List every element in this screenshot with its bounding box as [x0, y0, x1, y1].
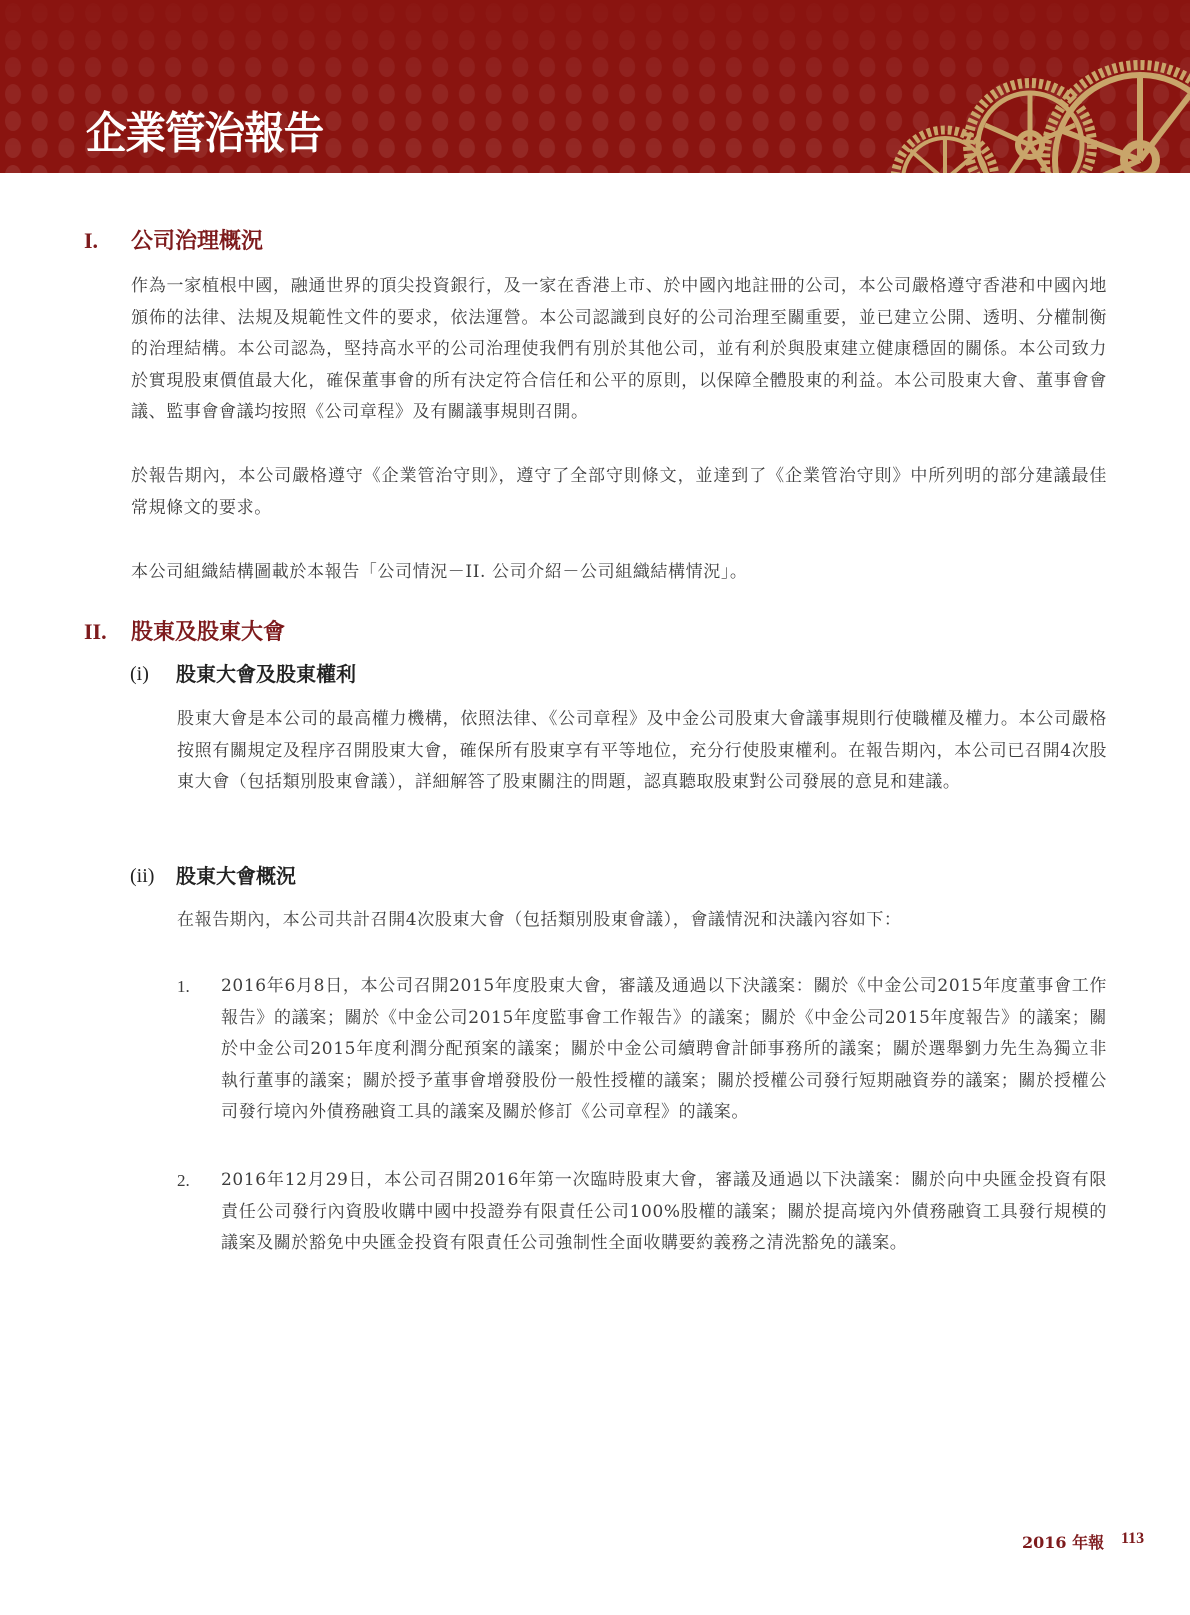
section-number: II.: [84, 617, 107, 647]
subsection-number: (i): [130, 660, 149, 688]
list-item-egm-2016: 2016年12月29日，本公司召開2016年第一次臨時股東大會，審議及通過以下決…: [221, 1165, 1107, 1260]
section-heading-shareholders: II. 股東及股東大會: [84, 617, 484, 647]
list-item-agm-2015: 2016年6月8日，本公司召開2015年度股東大會，審議及通過以下決議案：關於《…: [221, 971, 1107, 1129]
page-title: 企業管治報告: [86, 106, 323, 162]
subsection-title: 股東大會及股東權利: [176, 660, 356, 688]
section-title: 公司治理概況: [131, 226, 263, 256]
section-heading-governance-overview: I. 公司治理概況: [84, 226, 484, 256]
report-year-label: 2016 年報: [1022, 1530, 1104, 1553]
paragraph-meetings-intro: 在報告期內，本公司共計召開4次股東大會（包括類別股東會議），會議情況和決議內容如…: [177, 905, 1107, 937]
subsection-title: 股東大會概況: [176, 862, 296, 890]
page-number: 113: [1121, 1530, 1144, 1548]
header-banner: 企業管治報告: [0, 0, 1190, 173]
paragraph-governance-intro: 作為一家植根中國，融通世界的頂尖投資銀行，及一家在香港上市、於中國內地註冊的公司…: [131, 271, 1107, 429]
subsection-heading-shareholder-rights: (i) 股東大會及股東權利: [130, 660, 530, 688]
gears-illustration-icon: [890, 40, 1190, 173]
paragraph-code-compliance: 於報告期內，本公司嚴格遵守《企業管治守則》，遵守了全部守則條文，並達到了《企業管…: [131, 461, 1107, 524]
subsection-number: (ii): [130, 862, 154, 890]
paragraph-org-structure-reference: 本公司組織結構圖載於本報告「公司情況－II. 公司介紹－公司組織結構情況」。: [131, 557, 1107, 589]
section-number: I.: [84, 226, 98, 256]
paragraph-shareholder-rights: 股東大會是本公司的最高權力機構，依照法律、《公司章程》及中金公司股東大會議事規則…: [177, 704, 1107, 799]
list-item-number: 1.: [177, 971, 190, 1003]
section-title: 股東及股東大會: [131, 617, 285, 647]
list-item-number: 2.: [177, 1165, 190, 1197]
subsection-heading-meetings-overview: (ii) 股東大會概況: [130, 862, 530, 890]
page-footer: 2016 年報 113: [1000, 1530, 1150, 1558]
